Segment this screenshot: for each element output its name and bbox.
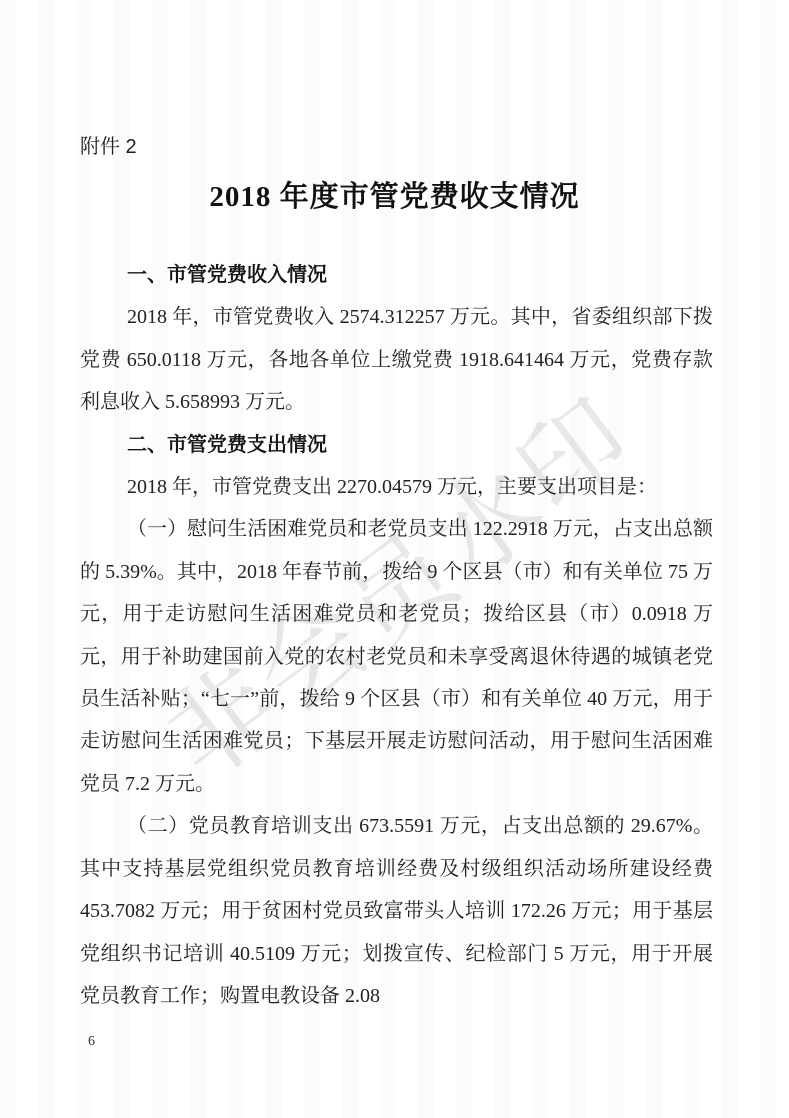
attachment-label: 附件 2 [80,130,137,159]
paragraph-expenditure-intro: 2018 年，市管党费支出 2270.04579 万元，主要支出项目是： [80,466,713,508]
paragraph-expenditure-item1: （一）慰问生活困难党员和老党员支出 122.2918 万元，占支出总额的 5.3… [80,508,713,805]
paragraph-income-summary: 2018 年，市管党费收入 2574.312257 万元。其中，省委组织部下拨党… [80,296,713,423]
paragraph-expenditure-item2: （二）党员教育培训支出 673.5591 万元，占支出总额的 29.67%。其中… [80,805,713,1017]
document-body: 一、市管党费收入情况 2018 年，市管党费收入 2574.312257 万元。… [80,254,713,1017]
page-number: 6 [88,1034,95,1050]
document-page: 非会员水印 附件 2 2018 年度市管党费收支情况 一、市管党费收入情况 20… [0,0,789,1118]
page-title: 2018 年度市管党费收支情况 [0,174,789,215]
section-heading-expenditure: 二、市管党费支出情况 [80,424,713,466]
section-heading-income: 一、市管党费收入情况 [80,254,713,296]
